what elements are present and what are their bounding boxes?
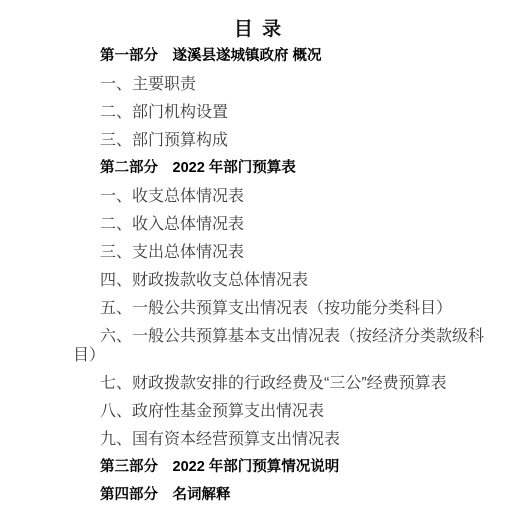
toc-heading-part3: 第三部分 2022 年部门预算情况说明 xyxy=(73,458,490,477)
toc-item-fiscal-allocation-table: 四、财政拨款收支总体情况表 xyxy=(73,271,490,290)
toc-item-balance-table: 一、收支总体情况表 xyxy=(73,187,490,206)
toc-item-composition: 三、部门预算构成 xyxy=(73,131,490,150)
toc-item-state-capital-budget: 九、国有资本经营预算支出情况表 xyxy=(73,430,490,449)
toc-item-structure: 二、部门机构设置 xyxy=(73,103,490,122)
toc-heading-part4: 第四部分 名词解释 xyxy=(73,486,490,505)
table-of-contents: 第一部分 遂溪县遂城镇政府 概况 一、主要职责 二、部门机构设置 三、部门预算构… xyxy=(73,47,490,505)
toc-item-gov-fund-budget: 八、政府性基金预算支出情况表 xyxy=(73,402,490,421)
toc-item-duties: 一、主要职责 xyxy=(73,75,490,94)
toc-item-expenditure-table: 三、支出总体情况表 xyxy=(73,243,490,262)
toc-heading-part1: 第一部分 遂溪县遂城镇政府 概况 xyxy=(73,47,490,66)
document-page: 目 录 第一部分 遂溪县遂城镇政府 概况 一、主要职责 二、部门机构设置 三、部… xyxy=(0,0,517,508)
toc-item-admin-funds: 七、财政拨款安排的行政经费及“三公”经费预算表 xyxy=(73,374,490,393)
toc-item-public-budget-expenditure: 五、一般公共预算支出情况表（按功能分类科目） xyxy=(73,299,490,318)
toc-item-income-table: 二、收入总体情况表 xyxy=(73,215,490,234)
toc-title: 目 录 xyxy=(0,19,517,41)
toc-heading-part2: 第二部分 2022 年部门预算表 xyxy=(73,159,490,178)
toc-item-public-budget-basic-expenditure: 六、一般公共预算基本支出情况表（按经济分类款级科目） xyxy=(73,327,490,365)
